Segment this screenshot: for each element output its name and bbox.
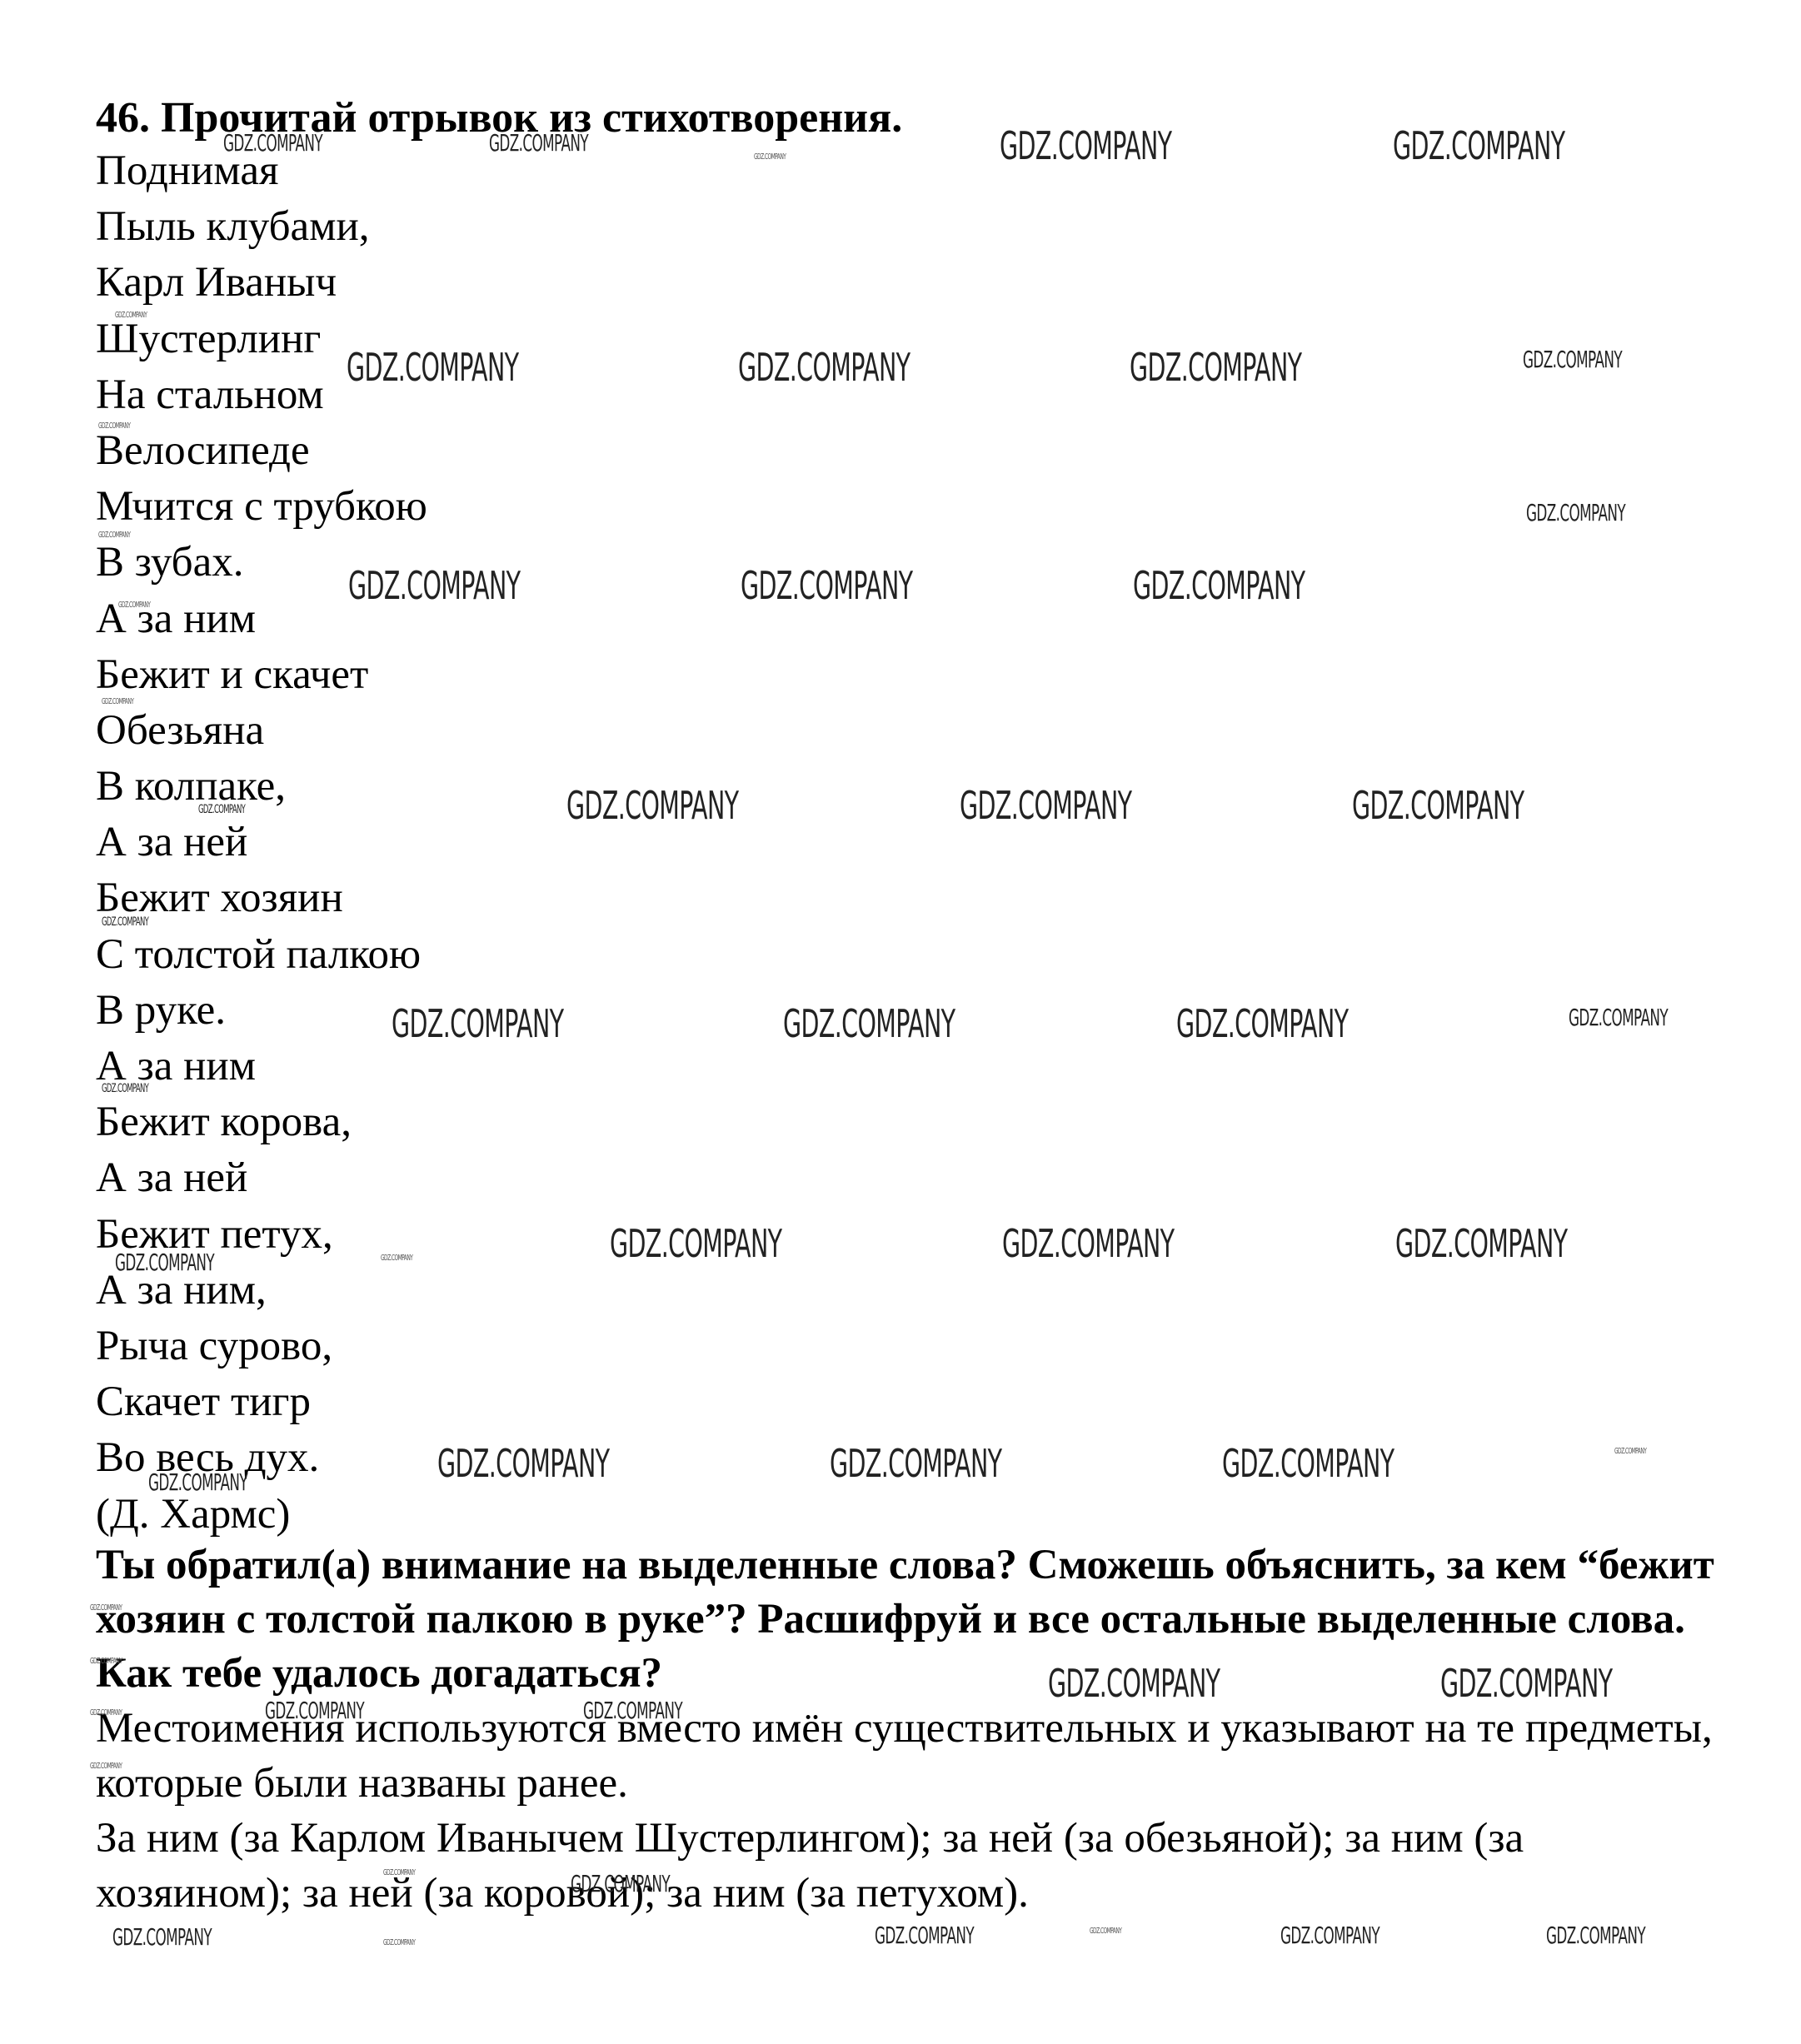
watermark: GDZ.COMPANY <box>112 1926 212 1949</box>
watermark: GDZ.COMPANY <box>1280 1924 1379 1947</box>
poem-excerpt: Поднимая Пыль клубами, Карл Иваныч Шусте… <box>96 143 1729 1487</box>
poem-line: А за ней <box>96 815 1729 870</box>
watermark: GDZ.COMPANY <box>1090 1927 1121 1936</box>
poem-line: Бежит корова, <box>96 1094 1729 1150</box>
poem-line: Скачет тигр <box>96 1374 1729 1430</box>
poem-line: Шустерлинг <box>96 312 1729 367</box>
poem-line: В руке. <box>96 983 1729 1039</box>
answer-explanation: Местоимения используются вместо имён сущ… <box>96 1701 1729 1811</box>
poem-line: Пыль клубами, <box>96 199 1729 255</box>
poem-line: Рыча сурово, <box>96 1319 1729 1374</box>
poem-line: А за ним <box>96 1039 1729 1094</box>
watermark: GDZ.COMPANY <box>383 1939 415 1947</box>
poem-line: А за ним <box>96 591 1729 647</box>
poem-line: Карл Иваныч <box>96 255 1729 311</box>
question-decode-words: Ты обратил(а) внимание на выделенные сло… <box>96 1538 1729 1647</box>
watermark: GDZ.COMPANY <box>1546 1924 1645 1947</box>
task-title: 46. Прочитай отрывок из стихотворения. <box>96 93 1729 143</box>
poem-line: В зубах. <box>96 535 1729 591</box>
poem-line: А за ней <box>96 1150 1729 1206</box>
poem-line: Поднимая <box>96 143 1729 199</box>
poem-line: Велосипеде <box>96 423 1729 479</box>
poem-line: Бежит хозяин <box>96 870 1729 926</box>
poem-line: В колпаке, <box>96 759 1729 815</box>
poem-line: С толстой палкою <box>96 927 1729 983</box>
poem-line: Во весь дух. <box>96 1430 1729 1486</box>
document-page: 46. Прочитай отрывок из стихотворения. П… <box>96 93 1729 1921</box>
question-how-guessed: Как тебе удалось догадаться? <box>96 1647 1729 1701</box>
poem-line: А за ним, <box>96 1263 1729 1319</box>
poem-line: Бежит петух, <box>96 1207 1729 1263</box>
watermark: GDZ.COMPANY <box>875 1924 974 1947</box>
answer-decoded-words: За ним (за Карлом Иванычем Шустерлингом)… <box>96 1811 1729 1921</box>
poem-author: (Д. Хармс) <box>96 1487 1729 1538</box>
poem-line: Обезьяна <box>96 703 1729 759</box>
poem-line: На стальном <box>96 367 1729 423</box>
poem-line: Бежит и скачет <box>96 647 1729 703</box>
poem-line: Мчится с трубкою <box>96 479 1729 535</box>
